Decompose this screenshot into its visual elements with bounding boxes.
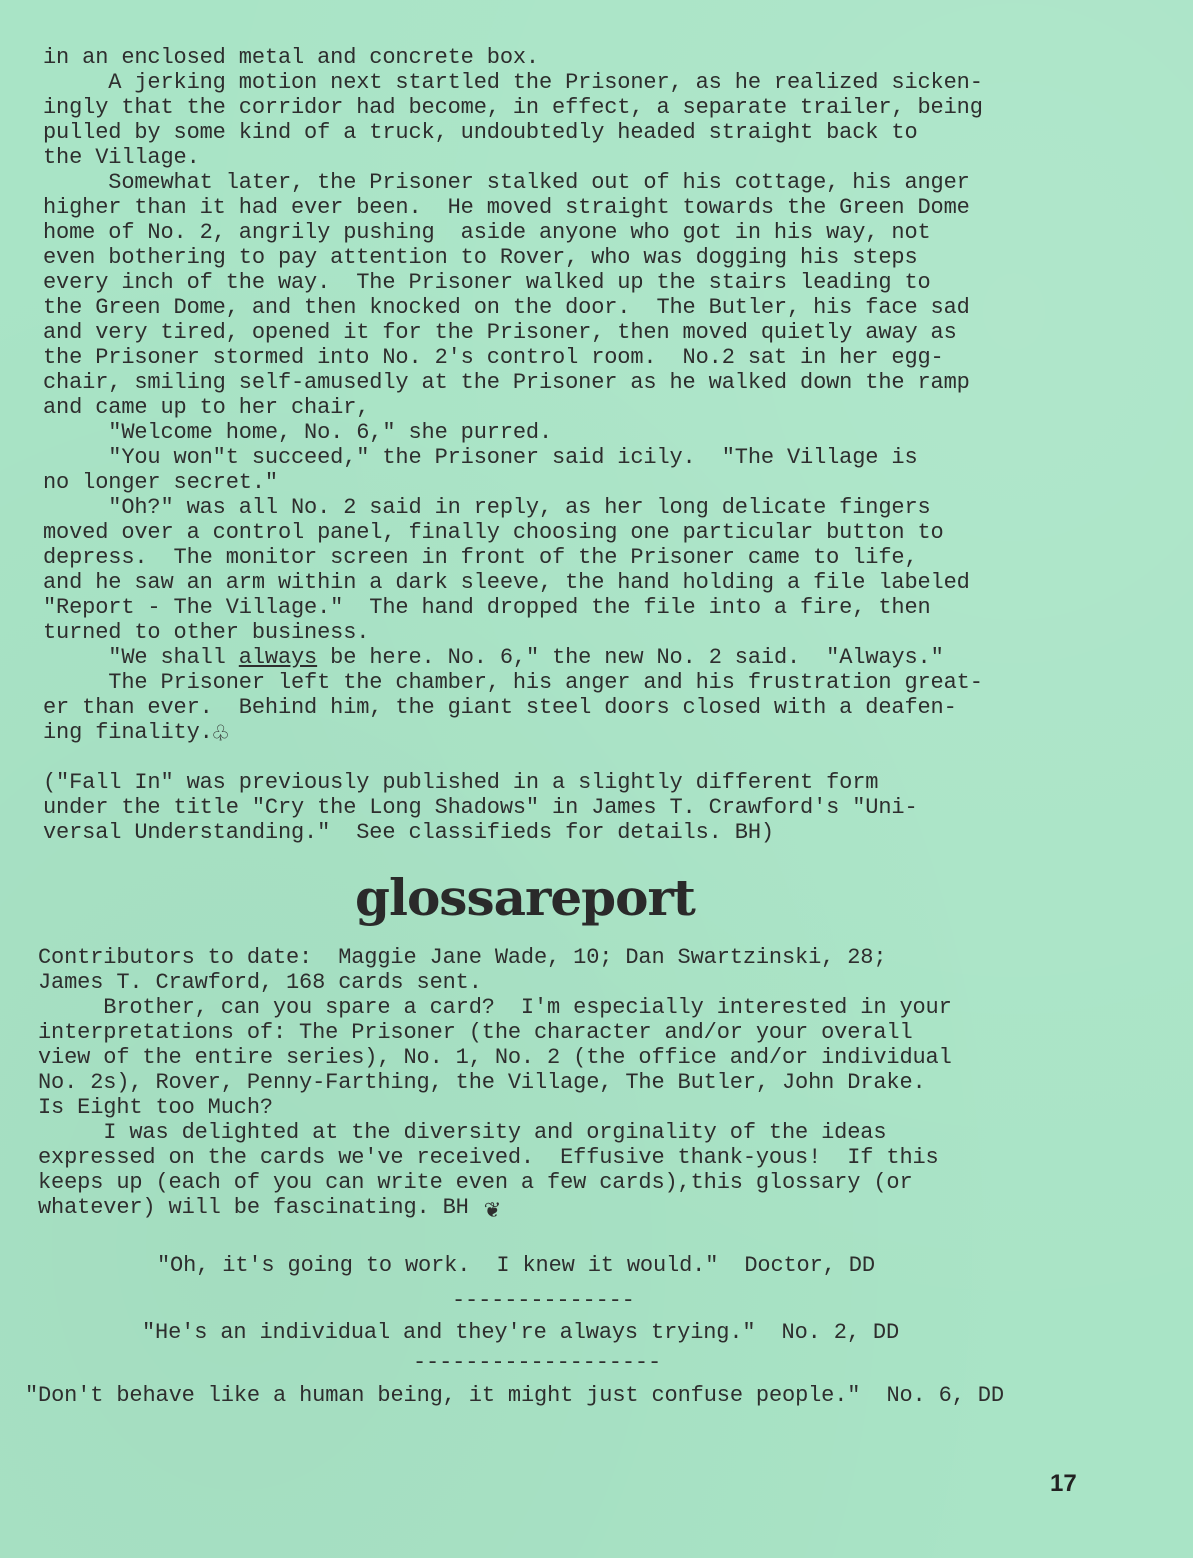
quote-line: "He's an individual and they're always t… (142, 1320, 899, 1345)
text-line: interpretations of: The Prisoner (the ch… (38, 1020, 913, 1045)
text-line: and very tired, opened it for the Prison… (43, 320, 957, 345)
text-line: ing finality.♧ (43, 720, 228, 748)
text-line: I was delighted at the diversity and org… (38, 1120, 886, 1145)
text-line: moved over a control panel, finally choo… (43, 520, 944, 545)
text-line: expressed on the cards we've received. E… (38, 1145, 939, 1170)
text-line: ingly that the corridor had become, in e… (43, 95, 983, 120)
text-line: pulled by some kind of a truck, undoubte… (43, 120, 918, 145)
text-line: higher than it had ever been. He moved s… (43, 195, 970, 220)
text-line: the Village. (43, 145, 200, 170)
section-title: glossareport (355, 868, 695, 927)
text-line: No. 2s), Rover, Penny-Farthing, the Vill… (38, 1070, 926, 1095)
text-line: and he saw an arm within a dark sleeve, … (43, 570, 970, 595)
text-line: Contributors to date: Maggie Jane Wade, … (38, 945, 886, 970)
text-line: the Green Dome, and then knocked on the … (43, 295, 970, 320)
club-ornament-icon: ♧ (213, 723, 229, 748)
text-line: every inch of the way. The Prisoner walk… (43, 270, 931, 295)
quote-line: "Don't behave like a human being, it mig… (25, 1383, 1004, 1408)
text-line: chair, smiling self-amusedly at the Pris… (43, 370, 970, 395)
note-line: under the title "Cry the Long Shadows" i… (43, 795, 918, 820)
text-line: turned to other business. (43, 620, 369, 645)
underlined-word: always (239, 645, 317, 670)
quote-line: "Oh, it's going to work. I knew it would… (157, 1253, 875, 1278)
note-line: ("Fall In" was previously published in a… (43, 770, 878, 795)
text-line: "Welcome home, No. 6," she purred. (43, 420, 552, 445)
text-line: The Prisoner left the chamber, his anger… (43, 670, 983, 695)
text-line: keeps up (each of you can write even a f… (38, 1170, 913, 1195)
text-line: in an enclosed metal and concrete box. (43, 45, 539, 70)
text-line: Somewhat later, the Prisoner stalked out… (43, 170, 970, 195)
text-line: "We shall always be here. No. 6," the ne… (43, 645, 944, 670)
text-line: "Report - The Village." The hand dropped… (43, 595, 931, 620)
separator: -------------- (452, 1288, 635, 1313)
text-line: "You won"t succeed," the Prisoner said i… (43, 445, 918, 470)
flourish-ornament-icon: ❦ (469, 1198, 500, 1223)
text-line: James T. Crawford, 168 cards sent. (38, 970, 482, 995)
text-line: er than ever. Behind him, the giant stee… (43, 695, 957, 720)
text-line: view of the entire series), No. 1, No. 2… (38, 1045, 952, 1070)
text-line: no longer secret." (43, 470, 278, 495)
text-line: Brother, can you spare a card? I'm espec… (38, 995, 952, 1020)
text-line: whatever) will be fascinating. BH ❦ (38, 1195, 500, 1223)
text-line: the Prisoner stormed into No. 2's contro… (43, 345, 944, 370)
document-page: in an enclosed metal and concrete box. A… (0, 0, 1193, 1558)
text-line: A jerking motion next startled the Priso… (43, 70, 983, 95)
text-line: depress. The monitor screen in front of … (43, 545, 918, 570)
note-line: versal Understanding." See classifieds f… (43, 820, 774, 845)
text-line: "Oh?" was all No. 2 said in reply, as he… (43, 495, 931, 520)
text-line: Is Eight too Much? (38, 1095, 273, 1120)
separator: ------------------- (413, 1350, 661, 1375)
text-line: even bothering to pay attention to Rover… (43, 245, 918, 270)
page-number: 17 (1050, 1470, 1077, 1498)
text-line: and came up to her chair, (43, 395, 369, 420)
text-line: home of No. 2, angrily pushing aside any… (43, 220, 931, 245)
